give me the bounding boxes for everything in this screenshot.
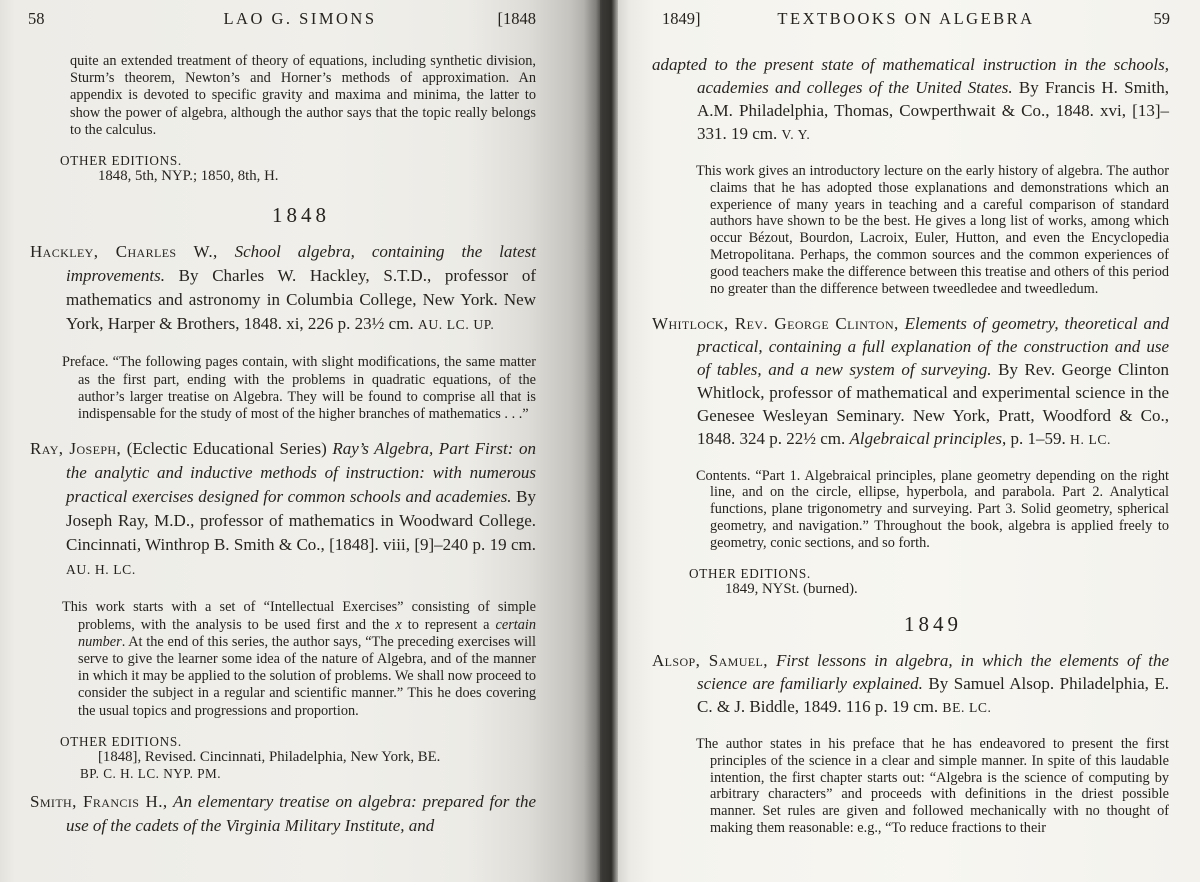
left-page-content: quite an extended treatment of theory of…	[0, 33, 600, 838]
other-editions-label: OTHER EDITIONS.	[60, 734, 536, 749]
right-page-header: 1849] TEXTBOOKS ON ALGEBRA 59	[600, 9, 1200, 33]
bibliography-entry-smith-continuation: adapted to the present state of mathemat…	[697, 53, 1169, 146]
bibliography-entry-smith: Smith, Francis H., An elementary treatis…	[66, 790, 536, 838]
other-editions-line: 1848, 5th, NYP.; 1850, 8th, H.	[98, 168, 536, 185]
right-running-title: TEXTBOOKS ON ALGEBRA	[777, 9, 1034, 29]
annotation-smith: This work gives an introductory lecture …	[710, 163, 1169, 297]
continuation-annotation: quite an extended treatment of theory of…	[70, 53, 536, 139]
bibliography-entry-hackley: Hackley, Charles W., School algebra, con…	[66, 240, 536, 337]
annotation-ray: This work starts with a set of “Intellec…	[78, 599, 536, 719]
right-page: 1849] TEXTBOOKS ON ALGEBRA 59 adapted to…	[600, 0, 1200, 882]
other-editions-sigla-line: BP. C. H. LC. NYP. PM.	[80, 766, 536, 781]
bibliography-entry-ray: Ray, Joseph, (Eclectic Educational Serie…	[66, 437, 536, 582]
left-page-header: 58 LAO G. SIMONS [1848	[0, 9, 600, 33]
bibliography-entry-alsop: Alsop, Samuel, First lessons in algebra,…	[697, 649, 1169, 719]
right-year-marker: 1849]	[662, 9, 701, 29]
other-editions-label: OTHER EDITIONS.	[60, 153, 536, 168]
other-editions-line: 1849, NYSt. (burned).	[725, 581, 1169, 598]
other-editions-block: OTHER EDITIONS. 1848, 5th, NYP.; 1850, 8…	[66, 153, 536, 185]
left-year-marker: [1848	[498, 9, 537, 29]
other-editions-line: [1848], Revised. Cincinnati, Philadelphi…	[98, 749, 536, 766]
left-page-number: 58	[28, 9, 45, 29]
book-scan-spread: 58 LAO G. SIMONS [1848 quite an extended…	[0, 0, 1200, 882]
year-heading-1849: 1849	[697, 610, 1169, 639]
left-page: 58 LAO G. SIMONS [1848 quite an extended…	[0, 0, 600, 882]
bibliography-entry-whitlock: Whitlock, Rev. George Clinton, Elements …	[697, 312, 1169, 451]
annotation-hackley: Preface. “The following pages contain, w…	[78, 354, 536, 423]
left-running-title: LAO G. SIMONS	[223, 9, 376, 29]
right-page-content: adapted to the present state of mathemat…	[600, 33, 1200, 837]
annotation-whitlock: Contents. “Part 1. Algebraical principle…	[710, 468, 1169, 552]
year-heading-1848: 1848	[66, 201, 536, 230]
other-editions-block: OTHER EDITIONS. 1849, NYSt. (burned).	[697, 566, 1169, 598]
annotation-alsop: The author states in his preface that he…	[710, 736, 1169, 837]
other-editions-label: OTHER EDITIONS.	[689, 566, 1169, 581]
right-page-number: 59	[1154, 9, 1171, 29]
other-editions-block: OTHER EDITIONS. [1848], Revised. Cincinn…	[66, 734, 536, 781]
